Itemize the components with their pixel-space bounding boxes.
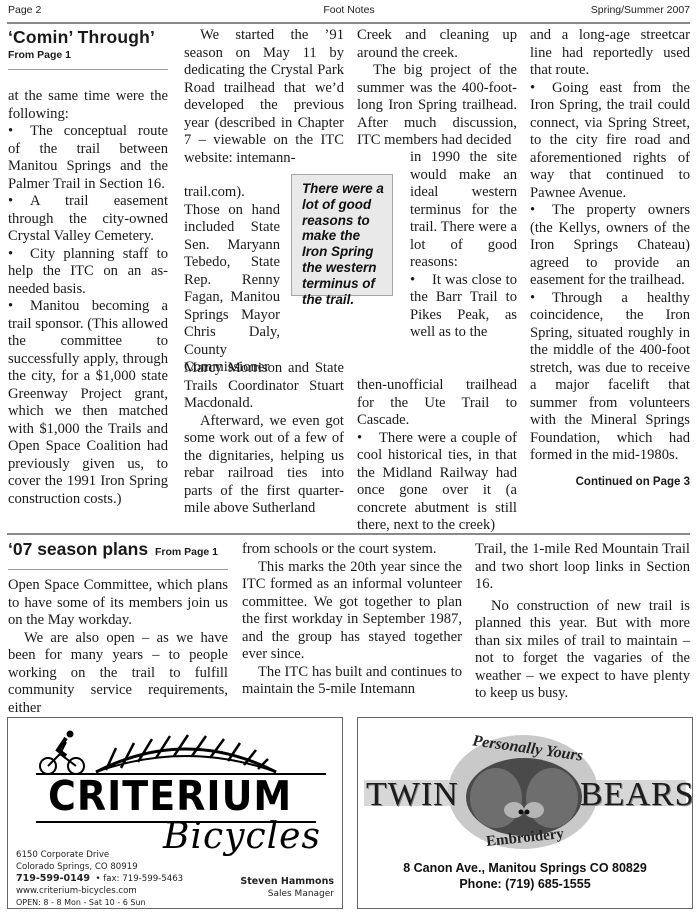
- store-hours: OPEN: 8 - 8 Mon - Sat 10 - 6 Sun: [16, 897, 183, 909]
- article1-column-3-top: Creek and cleaning up around the creek. …: [357, 27, 517, 150]
- bullet-item: Going east from the Iron Spring, the tra…: [530, 80, 690, 203]
- paragraph: from schools or the court system.: [242, 541, 462, 559]
- bullet-item: The conceptual route of the trail betwee…: [8, 123, 168, 193]
- bullet-item: City planning staff to help the ITC on a…: [8, 246, 168, 299]
- bullet-item: Manitou becoming a trail sponsor. (This …: [8, 298, 168, 508]
- bridge-cyclist-icon: [36, 726, 326, 776]
- header-divider: [7, 22, 690, 24]
- article1-column-3-bottom: then-unofficial trailhead for the Ute Tr…: [357, 377, 517, 535]
- article2-column-3: Trail, the 1-mile Red Mountain Trail and…: [475, 541, 690, 703]
- article2-column-2: from schools or the court system. This m…: [242, 541, 462, 699]
- bears-image: [466, 758, 582, 836]
- paragraph: Open Space Committee, which plans to hav…: [8, 577, 228, 630]
- phone-fax-line: 719-599-0149 • fax: 719-599-5463: [16, 873, 183, 885]
- from-page-label: From Page 1: [8, 49, 71, 61]
- publication-name: Foot Notes: [8, 4, 690, 16]
- phone-number: 719-599-0149: [16, 873, 90, 884]
- bicycles-script-text: Bicycles: [163, 816, 321, 857]
- criterium-logo-text: CRITERIUM: [48, 774, 292, 817]
- paragraph: We are also open – as we have been for m…: [8, 630, 228, 718]
- article1-column-3-wrap: in 1990 the site would make an ideal wes…: [410, 149, 517, 342]
- paragraph: We started the ’91 season on May 11 by d…: [184, 27, 344, 167]
- article-title-comin-through: ‘Comin’ Through’: [8, 27, 155, 48]
- phone-line: Phone: (719) 685-1555: [358, 876, 692, 892]
- address-line: 8 Canon Ave., Manitou Springs CO 80829: [358, 860, 692, 876]
- twin-word: TWIN: [366, 776, 459, 814]
- bullet-item: Through a healthy coincidence, the Iron …: [530, 290, 690, 465]
- paragraph: No construction of new trail is planned …: [475, 598, 690, 703]
- paragraph: Marcy Morrison and State Trails Coordina…: [184, 360, 344, 413]
- bullet-item: A trail easement through the city-owned …: [8, 193, 168, 246]
- criterium-contact-info: 6150 Corporate Drive Colorado Springs, C…: [16, 849, 183, 909]
- title-divider: [8, 569, 228, 570]
- section-divider: [7, 533, 690, 535]
- paragraph: in 1990 the site would make an ideal wes…: [410, 149, 517, 272]
- article2-title-text: ‘07 season plans: [8, 539, 148, 559]
- bear-heads-icon: [466, 758, 582, 836]
- paragraph: trail.com). Those on hand included State…: [184, 184, 280, 377]
- article1-column-4: and a long-age streetcar line had report…: [530, 27, 690, 465]
- article-title-season-plans: ‘07 season plans From Page 1: [8, 539, 218, 560]
- issue-date: Spring/Summer 2007: [591, 4, 690, 16]
- contact-title: Sales Manager: [240, 888, 334, 901]
- article1-column-2-wrap: trail.com). Those on hand included State…: [184, 184, 280, 377]
- article1-column-2-top: We started the ’91 season on May 11 by d…: [184, 27, 344, 167]
- fax-number: • fax: 719-599-5463: [95, 874, 183, 884]
- twin-bears-contact: 8 Canon Ave., Manitou Springs CO 80829 P…: [358, 860, 692, 892]
- paragraph: The big project of the summer was the 40…: [357, 62, 517, 150]
- paragraph: at the same time were the following:: [8, 88, 168, 123]
- bullet-item: The property owners (the Kellys, owners …: [530, 202, 690, 290]
- article1-column-2-bottom: Marcy Morrison and State Trails Coordina…: [184, 360, 344, 518]
- title-divider: [8, 69, 168, 70]
- page-header: Page 2 Foot Notes Spring/Summer 2007: [8, 4, 690, 18]
- paragraph: Trail, the 1-mile Red Mountain Trail and…: [475, 541, 690, 594]
- bullet-item: It was close to the Barr Trail to Pikes …: [410, 272, 517, 342]
- article2-column-1: Open Space Committee, which plans to hav…: [8, 577, 228, 717]
- bears-word: BEARS: [580, 776, 695, 814]
- paragraph: Afterward, we even got some work out of …: [184, 413, 344, 518]
- pull-quote: There were a lot of good reasons to make…: [291, 174, 393, 296]
- address-line-2: Colorado Springs, CO 80919: [16, 861, 183, 873]
- bullet-item: There were a couple of cool historical t…: [357, 430, 517, 535]
- address-line-1: 6150 Corporate Drive: [16, 849, 183, 861]
- twin-bears-ad: TWIN BEARS Personally Yours Embroidery 8…: [357, 717, 693, 909]
- from-page-label: From Page 1: [155, 546, 218, 558]
- paragraph: The ITC has built and continues to maint…: [242, 664, 462, 699]
- criterium-bicycles-ad: CRITERIUM Bicycles 6150 Corporate Drive …: [7, 717, 343, 909]
- paragraph: Creek and cleaning up around the creek.: [357, 27, 517, 62]
- contact-name: Steven Hammons: [240, 875, 334, 888]
- paragraph: and a long-age streetcar line had report…: [530, 27, 690, 80]
- paragraph: then-unofficial trailhead for the Ute Tr…: [357, 377, 517, 430]
- sales-contact: Steven Hammons Sales Manager: [240, 875, 334, 901]
- paragraph: This marks the 20th year since the ITC f…: [242, 559, 462, 664]
- continued-on-page-link: Continued on Page 3: [576, 476, 690, 488]
- article1-column-1: at the same time were the following: The…: [8, 88, 168, 508]
- website-url: www.criterium-bicycles.com: [16, 885, 183, 897]
